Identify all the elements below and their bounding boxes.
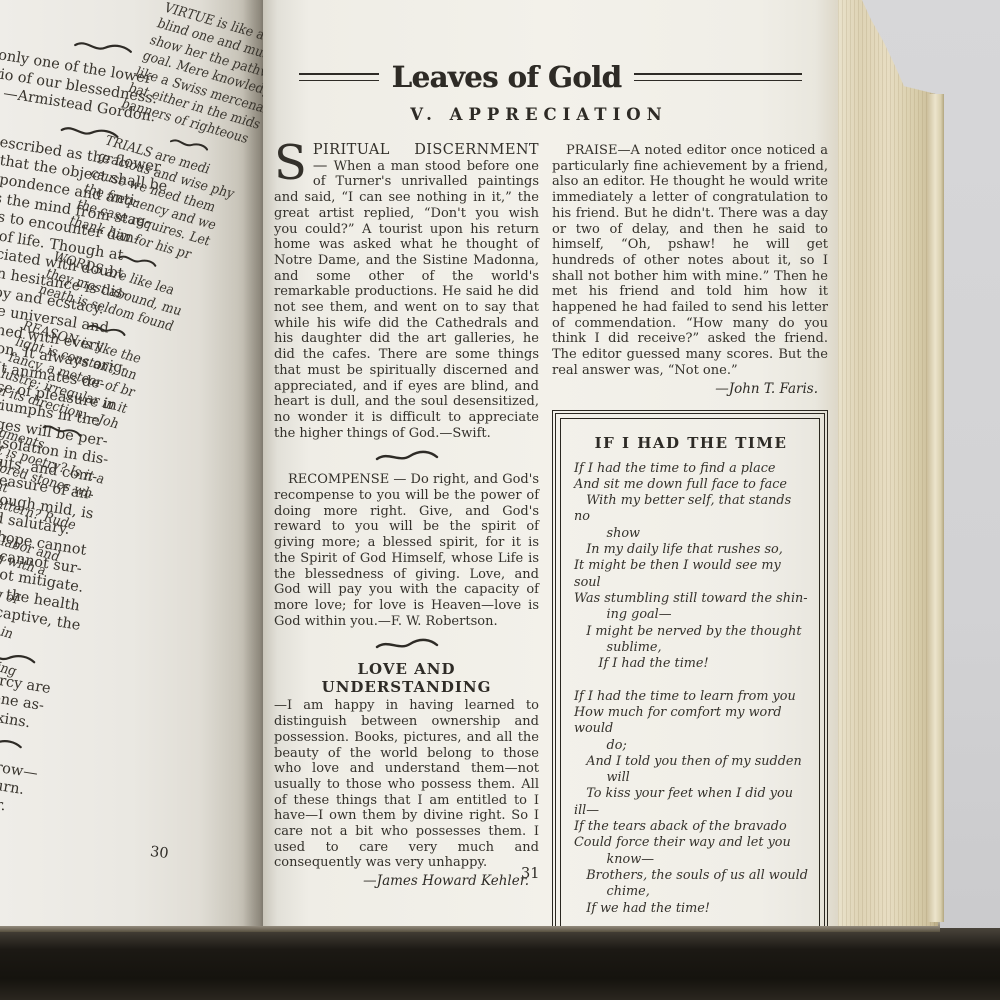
title-rule-left [299,73,379,81]
drop-cap-s: S [274,143,313,181]
flourish-icon [73,37,134,58]
right-page: Leaves of Gold V. APPRECIATION SPIRITUAL… [263,0,838,926]
love-attribution: —James Howard Kehler. [274,873,529,889]
recompense-paragraph: RECOMPENSE — Do right, and God's recompe… [274,472,539,629]
poem-box-content: IF I HAD THE TIME If I had the time to f… [560,418,820,926]
spiritual-discernment-body: When a man stood before one of Turner's … [274,159,539,441]
book-photo: is only one of the lower torio of our bl… [0,0,1000,1000]
poem-box: IF I HAD THE TIME If I had the time to f… [552,410,828,926]
poem-box-inner-rule: IF I HAD THE TIME If I had the time to f… [555,413,825,926]
title-rule-right [634,73,802,81]
table-surface [0,928,1000,1000]
section-heading: V. APPRECIATION [263,105,815,124]
love-and-understanding-paragraph: —I am happy in having learned to disting… [274,698,539,871]
praise-paragraph: PRAISE—A noted editor once noticed a par… [552,143,828,379]
running-head: Leaves of Gold [263,60,838,94]
text-columns: SPIRITUAL DISCERNMENT — When a man stood… [274,143,828,926]
love-and-understanding-heading: LOVE AND UNDERSTANDING [274,660,539,696]
poem-body: If I had the time to find a place And si… [574,461,808,917]
page-number-30: 30 [149,844,169,862]
praise-attribution: —John T. Faris. [552,381,818,397]
right-page-column-2: PRAISE—A noted editor once noticed a par… [552,143,828,926]
book-cover-edge [928,94,944,922]
left-page-fragment: ord as with an arrow— nd it does not ret… [0,739,108,831]
left-page: is only one of the lower torio of our bl… [0,0,263,926]
poem-attribution: —RICHARD BURTON. [574,925,802,926]
spiritual-discernment-paragraph: SPIRITUAL DISCERNMENT — When a man stood… [274,143,539,441]
right-page-column-1: SPIRITUAL DISCERNMENT — When a man stood… [274,143,539,926]
fore-edge-pages [838,0,938,926]
flourish-icon [375,638,439,651]
poem-title: IF I HAD THE TIME [574,434,808,452]
flourish-icon [375,450,439,463]
page-number-31: 31 [521,866,539,882]
left-page-fragment: VIRTUE is like an blind one and must sho… [118,0,263,156]
book-title: Leaves of Gold [392,60,622,94]
flourish-icon [0,732,24,753]
